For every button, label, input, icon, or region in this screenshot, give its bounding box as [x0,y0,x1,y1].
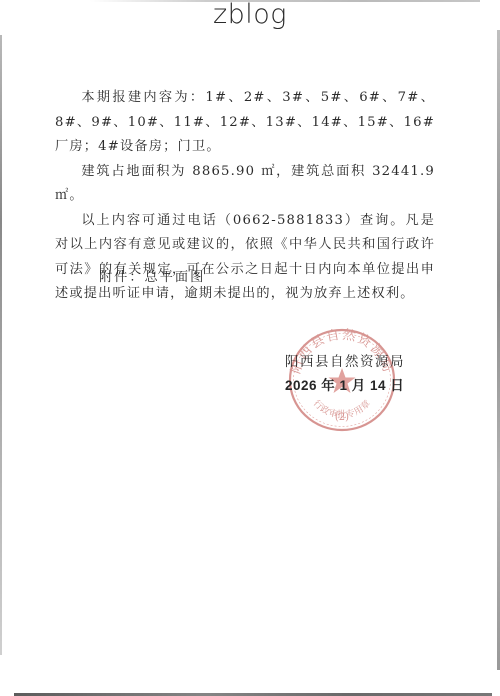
scanned-document-page: zblog 本期报建内容为：1#、2#、3#、5#、6#、7#、8#、9#、10… [0,0,500,696]
issue-date: 2026 年 1 月 14 日 [285,374,405,398]
watermark: zblog [0,0,500,30]
signature-block: 阳西县自然资源局 2026 年 1 月 14 日 [285,350,405,398]
svg-text:(2): (2) [335,412,349,423]
paragraph-inquiry: 以上内容可通过电话（0662-5881833）查询。凡是对以上内容有意见或建议的… [55,209,435,307]
paragraph-area: 建筑占地面积为 8865.90 ㎡，建筑总面积 32441.9 ㎡。 [55,160,435,209]
scan-edge-left [0,35,2,655]
issuing-organization: 阳西县自然资源局 [285,350,405,374]
paragraph-scope: 本期报建内容为：1#、2#、3#、5#、6#、7#、8#、9#、10#、11#、… [55,86,435,160]
attachment-line: 附件：总平面图 [99,266,205,285]
